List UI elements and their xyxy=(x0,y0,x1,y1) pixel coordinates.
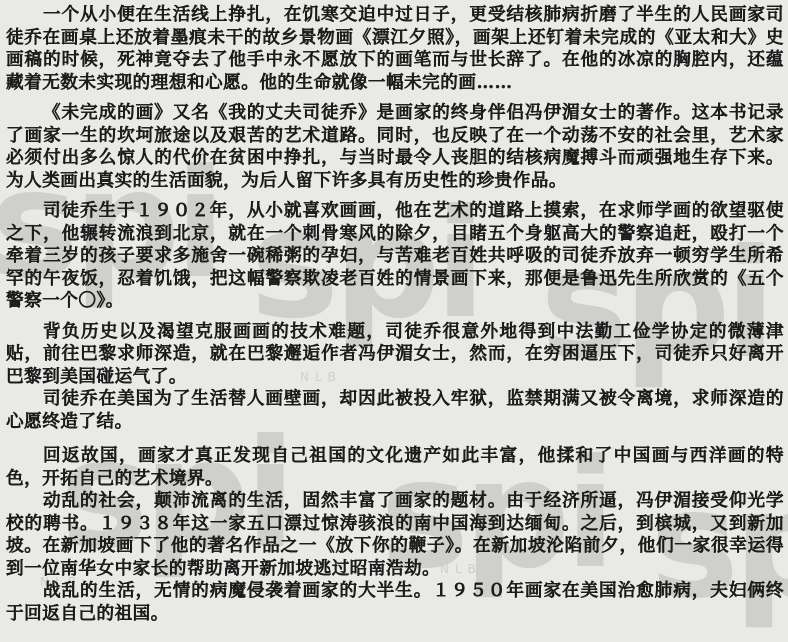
paragraph-america: 司徒乔在美国为了生活替人画壁画，却因此被投入牢狱，监禁期满又被令离境，求师深造的… xyxy=(6,388,784,433)
paragraph-final-years: 战乱的生活，无情的病魔侵袭着画家的大半生。１９５０年画家在美国治愈肺病，夫妇俩终… xyxy=(6,580,784,625)
paragraph-early-life: 司徒乔生于１９０２年，从小就喜欢画画，他在艺术的道路上摸索，在求师学画的欲望驱使… xyxy=(6,200,784,313)
paragraph-paris: 背负历史以及渴望克服画画的技术难题，司徒乔很意外地得到中法勤工俭学协定的微薄津贴… xyxy=(6,321,784,389)
document-page: 一个从小便在生活线上挣扎，在饥寒交迫中过日子，更受结核肺病折磨了半生的人民画家司… xyxy=(6,4,784,625)
paragraph-book-summary: 《未完成的画》又名《我的丈夫司徒乔》是画家的终身伴侣冯伊湄女士的著作。这本书记录… xyxy=(6,102,784,192)
paragraph-intro: 一个从小便在生活线上挣扎，在饥寒交迫中过日子，更受结核肺病折磨了半生的人民画家司… xyxy=(6,4,784,94)
paragraph-return-home: 回返故国，画家才真正发现自己祖国的文化遗产如此丰富，他揉和了中国画与西洋画的特色… xyxy=(6,445,784,490)
paragraph-southeast-asia: 动乱的社会，颠沛流离的生活，固然丰富了画家的题材。由于经济所逼，冯伊湄接受仰光学… xyxy=(6,490,784,580)
